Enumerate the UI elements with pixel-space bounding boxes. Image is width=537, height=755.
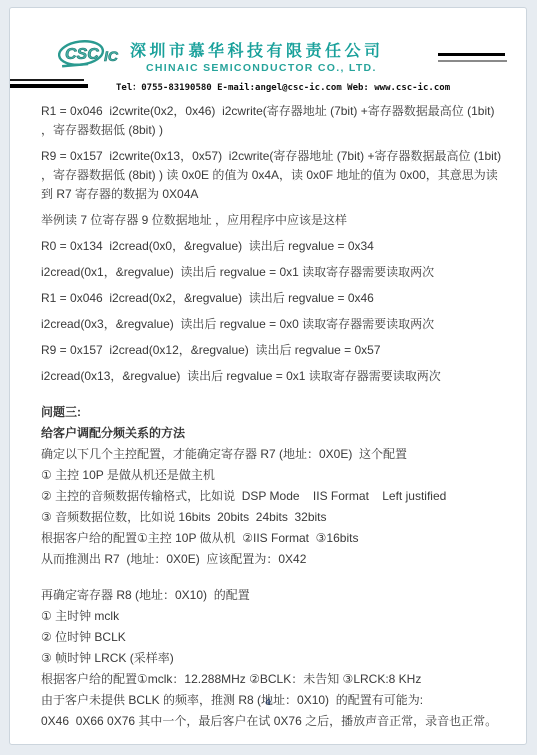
header-rule-left-thin	[10, 79, 84, 81]
body-paragraph: i2cread(0x1，&regvalue) 读出后 regvalue = 0x…	[41, 263, 504, 282]
logo-text-main: CSC	[65, 46, 99, 63]
body-paragraph: R9 = 0x157 i2cwrite(0x13，0x57) i2cwrite(…	[41, 147, 504, 204]
body-paragraph: 从而推测出 R7 (地址：0X0E) 应该配置为：0X42	[41, 550, 504, 569]
section-subheading: 给客户调配分频关系的方法	[41, 424, 504, 443]
company-name-en: CHINAIC SEMICONDUCTOR CO., LTD.	[146, 62, 446, 74]
body-paragraph: R1 = 0x046 i2cwrite(0x2，0x46) i2cwrite(寄…	[41, 102, 504, 140]
header-rule-right-thick	[438, 53, 505, 56]
company-name-cn: 深圳市慕华科技有限责任公司	[130, 38, 430, 61]
body-paragraph: ② 位时钟 BCLK	[41, 628, 504, 647]
body-paragraph: ① 主控 10P 是做从机还是做主机	[41, 466, 504, 485]
body-paragraph: ① 主时钟 mclk	[41, 607, 504, 626]
body-paragraph: R9 = 0x157 i2cread(0x12，&regvalue) 读出后 r…	[41, 341, 504, 360]
body-paragraph: 再确定寄存器 R8 (地址：0X10) 的配置	[41, 586, 504, 605]
body-paragraph: 举例读 7 位寄存器 9 位数据地址 ，应用程序中应该是这样	[41, 211, 504, 230]
body-paragraph: ② 主控的音频数据传输格式，比如说 DSP Mode IIS Format Le…	[41, 487, 504, 506]
header-rule-right-thin	[438, 60, 507, 62]
body-paragraph: i2cread(0x3，&regvalue) 读出后 regvalue = 0x…	[41, 315, 504, 334]
body-paragraph: R0 = 0x134 i2cread(0x0，&regvalue) 读出后 re…	[41, 237, 504, 256]
body-paragraph: 确定以下几个主控配置，才能确定寄存器 R7 (地址：0X0E) 这个配置	[41, 445, 504, 464]
csc-ic-logo-icon: CSC IC	[58, 35, 122, 75]
section-heading: 问题三:	[41, 403, 504, 422]
company-logo: CSC IC	[58, 35, 122, 75]
document-canvas: CSC IC 深圳市慕华科技有限责任公司 CHINAIC SEMICONDUCT…	[0, 0, 537, 755]
contact-line: Tel：0755-83190580 E-mail:angel@csc-ic.co…	[116, 80, 476, 93]
page-number: 4	[10, 697, 526, 708]
body-paragraph: ③ 帧时钟 LRCK (采样率)	[41, 649, 504, 668]
body-paragraph: i2cread(0x13，&regvalue) 读出后 regvalue = 0…	[41, 367, 504, 386]
body-paragraph: 根据客户给的配置①mclk：12.288MHz ②BCLK：未告知 ③LRCK:…	[41, 670, 504, 689]
header-rule-left-thick	[10, 84, 88, 88]
logo-text-sub: IC	[104, 48, 119, 64]
document-page: CSC IC 深圳市慕华科技有限责任公司 CHINAIC SEMICONDUCT…	[9, 7, 527, 745]
document-body: R1 = 0x046 i2cwrite(0x2，0x46) i2cwrite(寄…	[41, 102, 504, 733]
body-paragraph: 0X46 0X66 0X76 其中一个，最后客户在试 0X76 之后，播放声音正…	[41, 712, 504, 731]
body-paragraph: 根据客户给的配置①主控 10P 做从机 ②IIS Format ③16bits	[41, 529, 504, 548]
body-paragraph: R1 = 0x046 i2cread(0x2，&regvalue) 读出后 re…	[41, 289, 504, 308]
body-paragraph: ③ 音频数据位数，比如说 16bits 20bits 24bits 32bits	[41, 508, 504, 527]
